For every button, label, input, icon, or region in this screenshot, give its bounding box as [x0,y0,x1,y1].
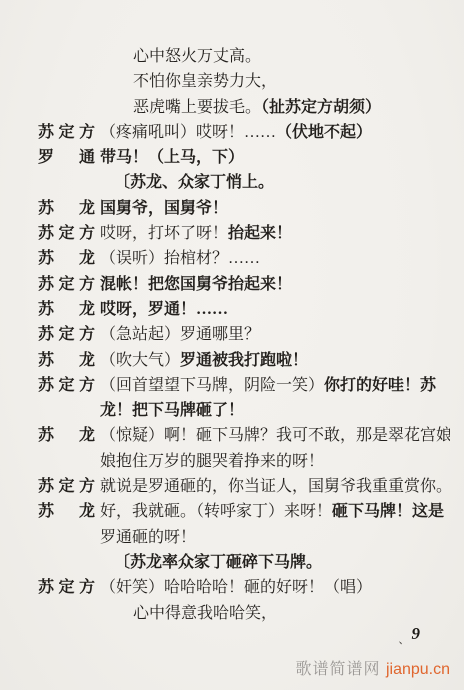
dialogue-line: 苏定方（奸笑）哈哈哈哈！砸的好呀！（唱） [38,575,450,600]
speaker-name: 苏定方 [38,272,95,297]
line-text: （奸笑）哈哈哈哈！砸的好呀！（唱） [100,575,450,600]
emphasized-text: （扯苏定方胡须） [261,99,381,116]
speaker-name: 苏定方 [38,474,95,499]
dialogue-line: 苏 龙好，我就砸。（转呼家丁）来呀！砸下马牌！这是 [38,499,450,524]
script-lines: 心中怒火万丈高。不怕你皇亲势力大，恶虎嘴上要拔毛。（扯苏定方胡须）苏定方（疼痛吼… [38,44,450,626]
emphasized-text: （伏地不起） [276,124,372,141]
dialogue-line: 罗 通带马！（上马，下） [38,145,450,170]
line-text: 心中得意我哈哈笑， [100,601,450,626]
speaker-name [38,449,95,474]
dialogue-line: 苏 龙（吹大气）罗通被我打跑啦！ [38,348,450,373]
speaker-name [38,69,95,94]
page-number: 、9 [401,624,421,644]
line-text: （回首望望下马牌，阴险一笑）你打的好哇！苏 [100,373,450,398]
speaker-name: 苏定方 [38,221,95,246]
verse-line: 心中怒火万丈高。 [38,44,450,69]
plain-text: 好，我就砸。（转呼家丁）来呀！ [100,503,332,520]
line-text: 〔苏龙、众家丁悄上。 [100,170,450,195]
dialogue-line: 苏 龙（误听）抬棺材？…… [38,246,450,271]
speaker-name: 苏 龙 [38,423,95,448]
plain-text: （吹大气） [100,352,180,369]
plain-text: 哎呀，打坏了呀！ [100,225,228,242]
speaker-name: 苏定方 [38,575,95,600]
speaker-name: 苏 龙 [38,246,95,271]
page-number-value: 9 [412,624,421,643]
line-text: 好，我就砸。（转呼家丁）来呀！砸下马牌！这是 [100,499,450,524]
plain-text: 罗通砸的呀！ [100,529,196,546]
emphasized-text: 国舅爷，国舅爷！ [100,200,228,217]
line-text: （误听）抬棺材？…… [100,246,450,271]
dialogue-line: 苏定方混帐！把您国舅爷抬起来！ [38,272,450,297]
speaker-name: 苏定方 [38,322,95,347]
emphasized-text: 罗通被我打跑啦！ [180,352,308,369]
speaker-name: 苏 龙 [38,297,95,322]
emphasized-text: 混帐！把您国舅爷抬起来！ [100,276,292,293]
line-text: 心中怒火万丈高。 [100,44,450,69]
dialogue-line: 苏 龙哎呀，罗通！…… [38,297,450,322]
stage-direction: 〔苏龙率众家丁砸碎下马牌。 [38,550,450,575]
line-text: 娘抱住万岁的腿哭着挣来的呀！ [100,449,450,474]
plain-text: （误听）抬棺材？…… [100,250,260,267]
watermark-site-name: 歌谱简谱网 [295,661,380,678]
emphasized-text: 龙！把下马牌砸了！ [100,402,244,419]
line-text: 国舅爷，国舅爷！ [100,196,450,221]
line-text: 恶虎嘴上要拔毛。（扯苏定方胡须） [100,95,450,120]
line-text: （疼痛吼叫）哎呀！……（伏地不起） [100,120,450,145]
speaker-name [38,44,95,69]
line-text: （吹大气）罗通被我打跑啦！ [100,348,450,373]
plain-text: （回首望望下马牌，阴险一笑） [100,377,324,394]
watermark: 歌谱简谱网 jianpu.cn [295,656,450,679]
verse-line: 恶虎嘴上要拔毛。（扯苏定方胡须） [38,95,450,120]
emphasized-text: 〔苏龙、众家丁悄上。 [114,174,274,191]
line-text: （惊疑）啊！砸下马牌？我可不敢，那是翠花宫娘 [100,423,450,448]
line-text: 哎呀，罗通！…… [100,297,450,322]
speaker-name: 苏 龙 [38,348,95,373]
dialogue-line: 苏定方（急站起）罗通哪里？ [38,322,450,347]
line-text: （急站起）罗通哪里？ [100,322,450,347]
plain-text: 心中得意我哈哈笑， [133,605,277,622]
plain-text: 娘抱住万岁的腿哭着挣来的呀！ [100,453,324,470]
plain-text: （惊疑）啊！砸下马牌？我可不敢，那是翠花宫娘 [100,427,450,444]
emphasized-text: 〔苏龙率众家丁砸碎下马牌。 [114,554,322,571]
stage-direction: 〔苏龙、众家丁悄上。 [38,170,450,195]
continuation-line: 娘抱住万岁的腿哭着挣来的呀！ [38,449,450,474]
emphasized-text: 你打的好哇！苏 [324,377,436,394]
emphasized-text: 抬起来！ [228,225,292,242]
dialogue-line: 苏 龙国舅爷，国舅爷！ [38,196,450,221]
line-text: 龙！把下马牌砸了！ [100,398,450,423]
continuation-line: 罗通砸的呀！ [38,525,450,550]
watermark-site-url[interactable]: jianpu.cn [386,661,450,678]
speaker-name: 罗 通 [38,145,95,170]
speaker-name: 苏定方 [38,373,95,398]
verse-line: 心中得意我哈哈笑， [38,601,450,626]
line-text: 不怕你皇亲势力大， [100,69,450,94]
speaker-name [38,525,95,550]
line-text: 就说是罗通砸的，你当证人，国舅爷我重重赏你。 [100,474,450,499]
speaker-name: 苏定方 [38,120,95,145]
emphasized-text: 哎呀，罗通！…… [100,301,228,318]
dialogue-line: 苏定方（回首望望下马牌，阴险一笑）你打的好哇！苏 [38,373,450,398]
plain-text: （疼痛吼叫）哎呀！…… [100,124,276,141]
line-text: 混帐！把您国舅爷抬起来！ [100,272,450,297]
plain-text: （急站起）罗通哪里？ [100,326,260,343]
script-page: 心中怒火万丈高。不怕你皇亲势力大，恶虎嘴上要拔毛。（扯苏定方胡须）苏定方（疼痛吼… [0,0,464,690]
line-text: 罗通砸的呀！ [100,525,450,550]
plain-text: 不怕你皇亲势力大， [133,73,277,90]
ink-mark: 、 [399,634,410,646]
speaker-name [38,398,95,423]
dialogue-line: 苏 龙（惊疑）啊！砸下马牌？我可不敢，那是翠花宫娘 [38,423,450,448]
plain-text: 心中怒火万丈高。 [133,48,261,65]
line-text: 哎呀，打坏了呀！抬起来！ [100,221,450,246]
speaker-name: 苏 龙 [38,499,95,524]
speaker-name [38,95,95,120]
speaker-name [38,550,95,575]
continuation-line: 龙！把下马牌砸了！ [38,398,450,423]
speaker-name: 苏 龙 [38,196,95,221]
plain-text: （奸笑）哈哈哈哈！砸的好呀！（唱） [100,579,372,596]
plain-text: 就说是罗通砸的，你当证人，国舅爷我重重赏你。 [100,478,450,495]
line-text: 〔苏龙率众家丁砸碎下马牌。 [100,550,450,575]
dialogue-line: 苏定方（疼痛吼叫）哎呀！……（伏地不起） [38,120,450,145]
speaker-name [38,601,95,626]
dialogue-line: 苏定方哎呀，打坏了呀！抬起来！ [38,221,450,246]
speaker-name [38,170,95,195]
dialogue-line: 苏定方就说是罗通砸的，你当证人，国舅爷我重重赏你。 [38,474,450,499]
emphasized-text: 带马！（上马，下） [100,149,244,166]
emphasized-text: 砸下马牌！这是 [332,503,444,520]
line-text: 带马！（上马，下） [100,145,450,170]
plain-text: 恶虎嘴上要拔毛。 [133,99,261,116]
verse-line: 不怕你皇亲势力大， [38,69,450,94]
